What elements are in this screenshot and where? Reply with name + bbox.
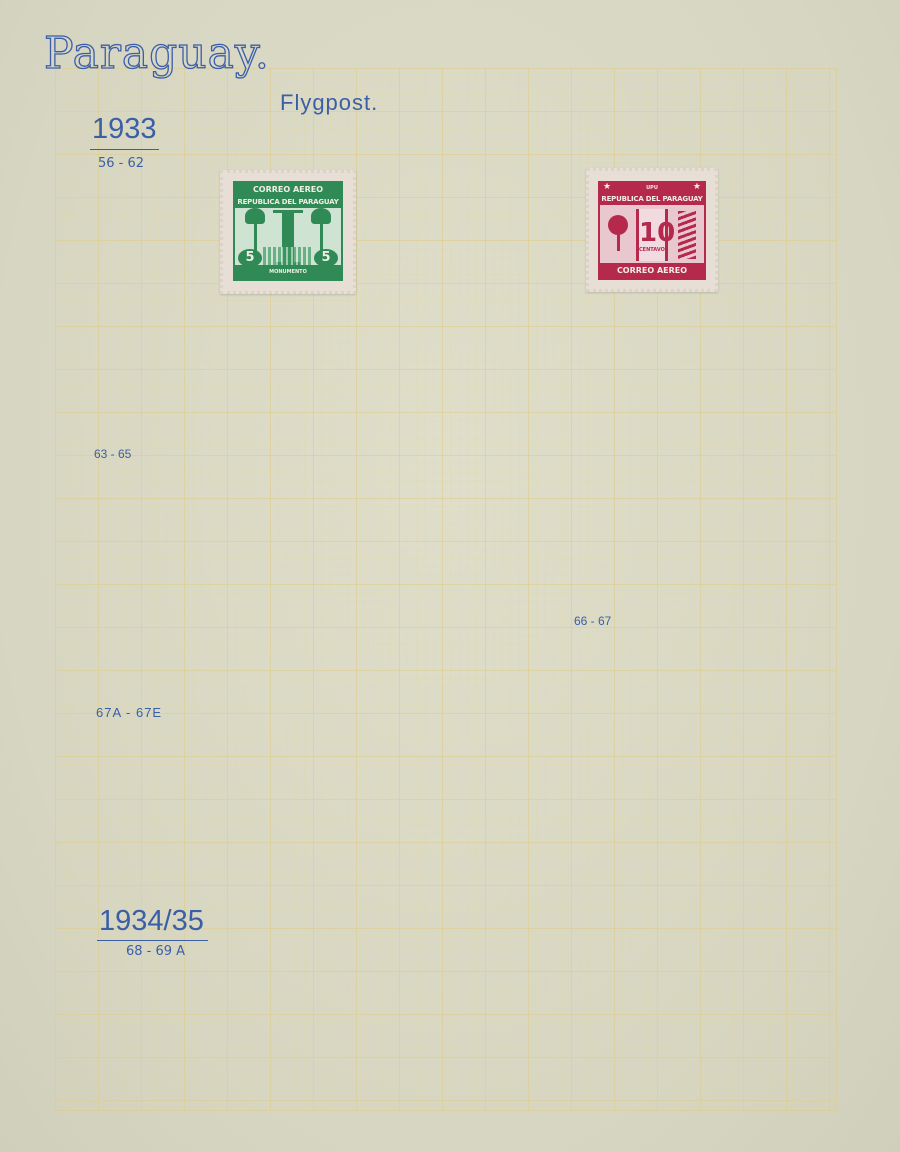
foliage-pattern <box>263 247 313 265</box>
stamp-10-red-airmail[interactable]: UPU ★ ★ REPUBLICA DEL PARAGUAY 10 CENTAV… <box>586 168 718 292</box>
section-year-1933: 1933 <box>90 113 159 150</box>
catalog-note: 66 - 67 <box>574 614 611 628</box>
stamp-design: UPU ★ ★ REPUBLICA DEL PARAGUAY 10 CENTAV… <box>598 181 706 280</box>
catalog-range-1933: 56 - 62 <box>98 156 144 171</box>
stamp-country-text: REPUBLICA DEL PARAGUAY <box>600 193 704 205</box>
stamp-country-text: REPUBLICA DEL PARAGUAY <box>235 196 341 208</box>
stamp-value-panel: 10 CENTAVOS <box>636 209 668 261</box>
section-year-1934-35: 1934/35 <box>97 905 208 941</box>
star-icon: ★ <box>603 182 611 192</box>
stamp-design: CORREO AEREO REPUBLICA DEL PARAGUAY 5 5 … <box>233 181 343 281</box>
plant-icon <box>678 211 696 259</box>
stamp-5-green-airmail[interactable]: CORREO AEREO REPUBLICA DEL PARAGUAY 5 5 … <box>220 170 356 294</box>
stamp-upu-text: UPU <box>600 183 704 193</box>
stamp-bottom-text: CORREO AEREO <box>600 263 704 278</box>
page-subtitle: Flygpost. <box>280 90 378 116</box>
catalog-note: 67A - 67E <box>96 705 162 720</box>
stamp-bottom-text: MONUMENTO <box>235 265 341 279</box>
stamp-value: 10 <box>639 219 665 247</box>
catalog-range-1934-35: 68 - 69 A <box>126 944 185 959</box>
catalog-note: 63 - 65 <box>94 447 131 461</box>
tree-icon <box>608 215 628 235</box>
page-title: Paraguay. <box>44 28 270 79</box>
album-page: Paraguay. Flygpost. 1933 56 - 62 CORREO … <box>0 0 900 1152</box>
stamp-unit: CENTAVOS <box>639 247 665 253</box>
star-icon: ★ <box>693 182 701 192</box>
stamp-top-text: CORREO AEREO <box>235 183 341 196</box>
